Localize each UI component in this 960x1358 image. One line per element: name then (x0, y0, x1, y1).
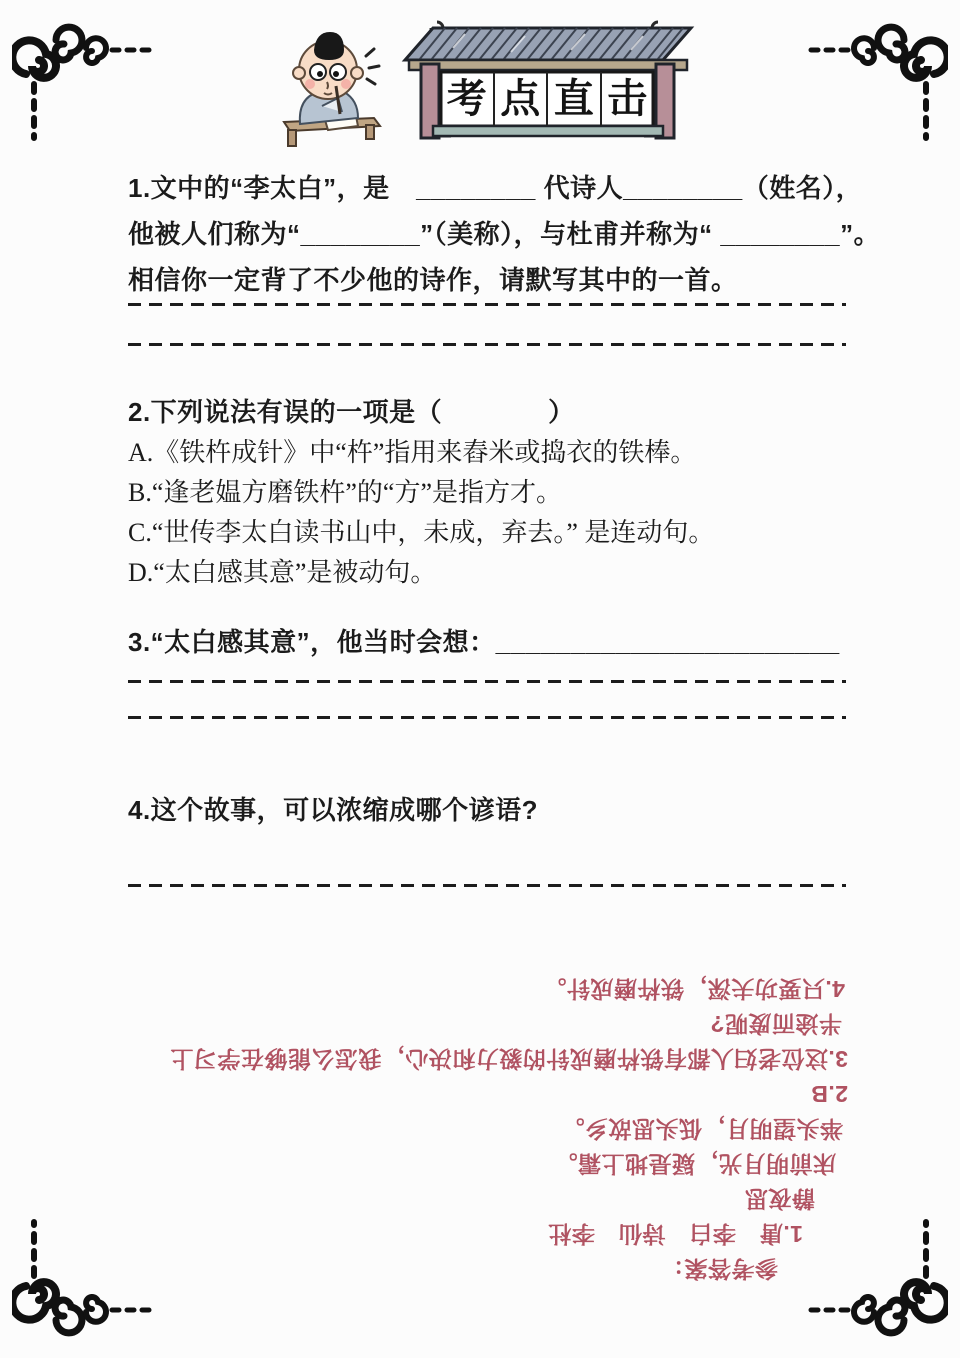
swirl-ornament-icon (798, 12, 948, 142)
question-4-stem: 4.这个故事，可以浓缩成哪个谚语? (128, 790, 868, 827)
sign-title-char: 击 (600, 72, 654, 126)
answer-blank-line (128, 716, 846, 719)
sign-title-char: 考 (441, 72, 493, 126)
sign-title: 考 点 直 击 (441, 72, 653, 126)
question-3-stem: 3.“太白感其意”，他当时会想：_______________________ (128, 622, 868, 659)
question-2-option-d: D.“太白感其意”是被动句。 (128, 552, 888, 589)
answer-key-line: 床前明月光，疑是地上霜。 (130, 1146, 836, 1181)
question-1-line-1: 1.文中的“李太白”，是 ________ 代诗人________（姓名）， (128, 168, 868, 205)
corner-ornament-top-left (12, 12, 162, 142)
answer-key-line: 3.这位老妇人都有铁杵磨成针的毅力和决心，我怎么能够在学习上 (130, 1041, 848, 1076)
answer-key-line: 1.唐 李白 诗仙 李杜 (130, 1216, 803, 1251)
corner-ornament-top-right (798, 12, 948, 142)
answer-key-heading: 参考答案： (130, 1251, 778, 1286)
answer-key-line: 举头望明月，低头思故乡。 (130, 1111, 843, 1146)
writing-boy-illustration (270, 26, 398, 151)
question-1-line-2: 他被人们称为“________”（美称），与杜甫并称为“ ________”。 (128, 214, 868, 251)
worksheet-page: 考 点 直 击 1.文中的“李太白”，是 ________ 代诗人_______… (0, 0, 960, 1358)
sign-title-char: 点 (493, 72, 547, 126)
swirl-ornament-icon (12, 12, 162, 142)
answer-blank-line (128, 884, 846, 887)
sign-title-char: 直 (546, 72, 600, 126)
answer-key-line: 2.B (130, 1076, 848, 1111)
answer-blank-line (128, 303, 846, 306)
signboard: 考 点 直 击 (395, 14, 700, 152)
answer-key-line: 半途而废呢? (130, 1006, 842, 1041)
question-2-option-b: B.“逢老媪方磨铁杵”的“方”是指方才。 (128, 472, 888, 509)
question-2-stem: 2.下列说法有误的一项是（ ） (128, 392, 868, 429)
question-1-line-3: 相信你一定背了不少他的诗作，请默写其中的一首。 (128, 260, 868, 297)
writing-boy-icon (270, 26, 398, 151)
header-banner: 考 点 直 击 (270, 14, 700, 154)
answer-blank-line (128, 680, 846, 683)
answer-key-line: 4.只要功夫深，铁杵磨成针。 (130, 971, 845, 1006)
answer-key-line: 静夜思 (130, 1181, 815, 1216)
question-2-option-c: C.“世传李太白读书山中，未成，弃去。” 是连动句。 (128, 512, 888, 549)
answer-blank-line (128, 343, 846, 346)
answer-key-rotated: 参考答案： 1.唐 李白 诗仙 李杜 静夜思 床前明月光，疑是地上霜。 举头望明… (130, 971, 848, 1286)
question-2-option-a: A.《铁杵成针》中“杵”指用来舂米或捣衣的铁棒。 (128, 432, 888, 469)
